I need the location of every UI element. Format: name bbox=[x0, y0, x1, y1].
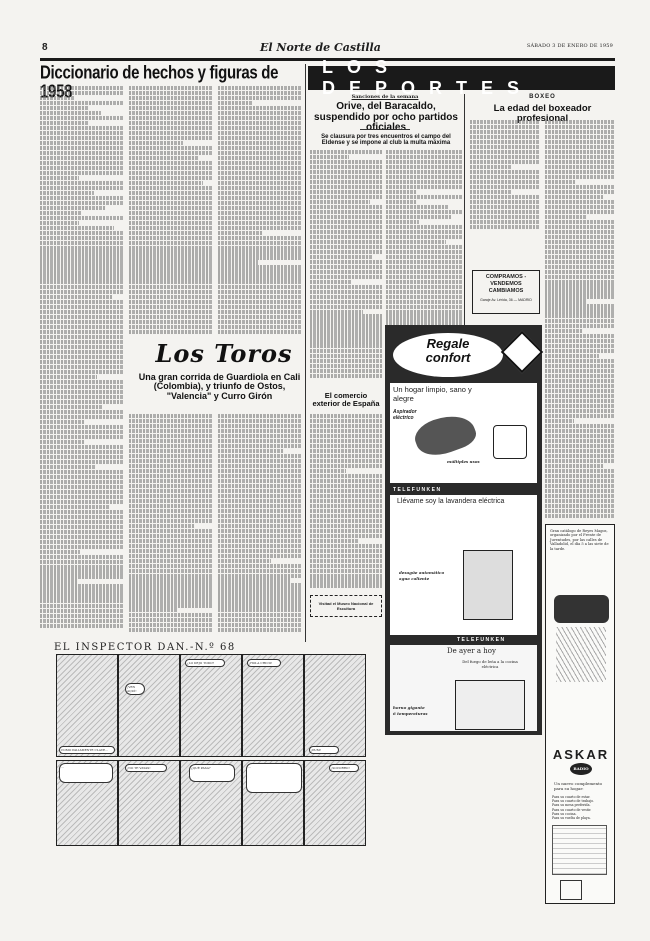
deportes-banner: LOS DEPORTES bbox=[308, 66, 615, 90]
aspirador-label: Aspirador eléctrico bbox=[393, 409, 438, 421]
issue-date: SÁBADO 3 DE ENERO DE 1959 bbox=[527, 43, 613, 49]
boxeo-kicker: BOXEO bbox=[470, 94, 615, 100]
diccionario-col-1 bbox=[40, 86, 124, 634]
compramos-body: Garaje Av. Lérida, 36 — MADRID bbox=[473, 298, 539, 302]
ayer-hoy-sub: Del fuego de leña a la cocina eléctrica bbox=[455, 659, 525, 669]
reyes-magos-intro: Gran catálogo de Reyes Magos, organizado… bbox=[550, 529, 612, 551]
ornament-rule bbox=[360, 129, 410, 130]
masthead: 8 El Norte de Castilla SÁBADO 3 DE ENERO… bbox=[40, 42, 615, 58]
hogar-line: Un hogar limpio, sano y alegre bbox=[393, 385, 473, 403]
askar-tagline: Un nuevo complemento para su hogar: bbox=[554, 781, 610, 791]
telefunken-logo-badge bbox=[501, 331, 543, 373]
speech-bubble: ... bbox=[59, 763, 113, 783]
feature-agua: agua caliente bbox=[399, 576, 449, 582]
comic-row-1: COMO PALIAMENTE CLAVE... ¡VEN AQUÍ! ¿LO … bbox=[56, 654, 366, 757]
regale-confort-headline: Regale confort bbox=[403, 337, 493, 365]
askar-item: Para su vuelta de playa. bbox=[552, 816, 612, 820]
newspaper-page: 8 El Norte de Castilla SÁBADO 3 DE ENERO… bbox=[40, 42, 615, 892]
speech-bubble: ... bbox=[246, 763, 302, 793]
toros-col-1 bbox=[129, 414, 213, 636]
washing-machine-illustration bbox=[463, 550, 513, 620]
speech-bubble: ¿QUÉ PASA? bbox=[189, 764, 235, 782]
askar-model-badge: RADIO bbox=[570, 763, 592, 775]
ayer-hoy-features: horno gigante 6 temperaturas bbox=[393, 705, 453, 717]
comic-panel: ¡HOLA CHICO! bbox=[242, 654, 304, 757]
lavandera-line: Llévame soy la lavandera eléctrica bbox=[397, 497, 532, 506]
stove-illustration bbox=[455, 680, 525, 730]
boxeo-col-2 bbox=[545, 120, 615, 520]
comic-panel: ... bbox=[242, 760, 304, 846]
askar-ad: Gran catálogo de Reyes Magos, organizado… bbox=[545, 524, 615, 904]
feature-temperaturas: 6 temperaturas bbox=[393, 711, 453, 717]
speech-bubble: ¡PUM! bbox=[309, 746, 339, 754]
askar-radio-illustration bbox=[554, 595, 609, 623]
sanciones-kicker: Sanciones de la semana bbox=[310, 94, 460, 100]
telefunken-ad: Regale confort Un hogar limpio, sano y a… bbox=[385, 325, 542, 735]
dancing-family-illustration bbox=[556, 627, 606, 682]
comic-title: EL INSPECTOR DAN.-N.º 68 bbox=[54, 642, 236, 653]
page-number: 8 bbox=[42, 42, 48, 53]
askar-logo-illustration bbox=[560, 880, 582, 900]
speech-bubble: ¡SOCORRO! bbox=[329, 764, 359, 772]
comic-panel: COMO PALIAMENTE CLAVE... bbox=[56, 654, 118, 757]
comic-panel: ¡VEN AQUÍ! bbox=[118, 654, 180, 757]
askar-brand: ASKAR bbox=[546, 747, 615, 762]
comic-panel: ... bbox=[56, 760, 118, 846]
toros-section-title: Los Toros bbox=[138, 339, 310, 368]
speech-bubble: COMO PALIAMENTE CLAVE... bbox=[59, 746, 115, 754]
lavandera-features: desagüe automático agua caliente bbox=[399, 570, 449, 582]
diccionario-col-3 bbox=[218, 86, 302, 336]
sanciones-subheadline: Se clausura por tres encuentros el campo… bbox=[310, 134, 462, 147]
toros-headline: Una gran corrida de Guardiola en Cali (C… bbox=[132, 373, 307, 401]
sanciones-col-1 bbox=[310, 150, 382, 380]
column-divider bbox=[464, 94, 465, 334]
comercio-headline: El comercio exterior de España bbox=[310, 392, 382, 408]
comic-row-2: ... ¡NO TE VAYAS! ¿QUÉ PASA? ... ¡SOCORR… bbox=[56, 760, 366, 846]
ayer-hoy-line: De ayer a hoy bbox=[447, 647, 535, 655]
compramos-ad: COMPRAMOS - VENDEMOS CAMBIAMOS Garaje Av… bbox=[472, 270, 540, 314]
toros-col-2 bbox=[218, 414, 302, 636]
comic-panel: ¡NO TE VAYAS! bbox=[118, 760, 180, 846]
comic-panel: ¿QUÉ PASA? bbox=[180, 760, 242, 846]
diccionario-col-2 bbox=[129, 86, 213, 336]
comic-panel: ¡SOCORRO! bbox=[304, 760, 366, 846]
telefunken-brand-1: TELEFUNKEN bbox=[393, 487, 442, 493]
boxeo-col-1 bbox=[470, 120, 540, 234]
museo-text: Visitad el Museo Nacional de Escultura bbox=[311, 601, 381, 611]
room-illustration bbox=[552, 825, 607, 875]
speech-bubble: ¡HOLA CHICO! bbox=[247, 659, 281, 667]
museo-box: Visitad el Museo Nacional de Escultura bbox=[310, 595, 382, 617]
speech-bubble: ¿LO DEJO TODO? bbox=[185, 659, 225, 667]
multiples-usos-label: múltiples usos bbox=[447, 459, 487, 464]
speech-bubble: ¡VEN AQUÍ! bbox=[125, 683, 145, 695]
compramos-title: COMPRAMOS - VENDEMOS CAMBIAMOS bbox=[473, 274, 539, 295]
comic-panel: ¿LO DEJO TODO? bbox=[180, 654, 242, 757]
askar-items: Para su cuarto de estar. Para su cuarto … bbox=[552, 795, 612, 820]
speech-bubble: ¡NO TE VAYAS! bbox=[125, 764, 167, 772]
paper-name: El Norte de Castilla bbox=[260, 41, 381, 54]
comercio-body bbox=[310, 414, 382, 592]
apple-house-illustration bbox=[493, 425, 527, 459]
telefunken-brand-2: TELEFUNKEN bbox=[457, 637, 506, 643]
comic-panel: ¡PUM! bbox=[304, 654, 366, 757]
sanciones-col-2 bbox=[386, 150, 462, 330]
